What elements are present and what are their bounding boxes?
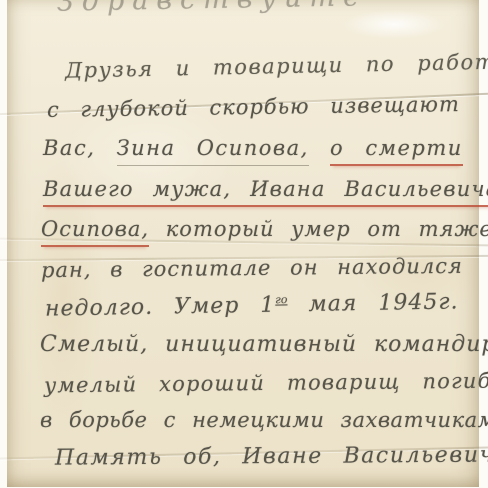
red-underlined-text: Осипова, [41,217,149,247]
greeting-text: Здравствуйте [57,0,368,18]
line-text: в борьбе с немецкими захватчиками. [40,408,488,432]
line-text: ран, в госпитале он находился [41,254,463,282]
letter-line-7-date: недолго. Умер 1го мая 1945г. [45,289,459,321]
line-text [309,136,330,160]
line-text: умелый хороший товарищ погиб [44,369,488,398]
letter-line-8: Смелый, инициативный командир, [40,332,488,357]
line-text: с глубокой скорбью извещают [47,92,460,122]
letter-line-9: умелый хороший товарищ погиб [44,369,488,398]
letter-line-5: Осипова, который умер от тяжелых [41,217,488,241]
pencil-underlined-name: Зина Осипова, [117,136,309,166]
letter-line-4: Вашего мужа, Ивана Васильевича. [43,177,488,201]
letter-line-11: Память об, Иване Васильевиче [55,442,488,470]
line-text: Смелый, инициативный командир, [40,332,488,357]
letter-line-6: ран, в госпитале он находился [41,254,463,282]
line-text: недолго. Умер 1 [45,293,276,322]
line-text: мая 1945г. [287,289,458,317]
letter-scan: Здравствуйте Друзья и товарищи по работе… [0,0,488,488]
letter-line-10: в борьбе с немецкими захватчиками. [40,408,488,432]
letter-line-greeting-cutoff: Здравствуйте [57,0,368,18]
letter-line-1: Друзья и товарищи по работе [65,49,488,82]
line-text: который умер от тяжелых [149,217,488,241]
red-underlined-text: Вашего мужа, Ивана Васильевича. [43,177,488,207]
red-underlined-text: о смерти [330,136,463,166]
line-text: Память об, Иване Васильевич [55,443,488,471]
ordinal-superscript: го [275,293,287,306]
letter-line-3: Вас, Зина Осипова, о смерти [43,136,463,160]
line-text: Вас, [43,136,117,160]
line-text: Друзья и товарищи по работе [65,49,488,82]
aged-paper: Здравствуйте Друзья и товарищи по работе… [7,0,479,487]
letter-line-2: с глубокой скорбью извещают [47,92,460,122]
